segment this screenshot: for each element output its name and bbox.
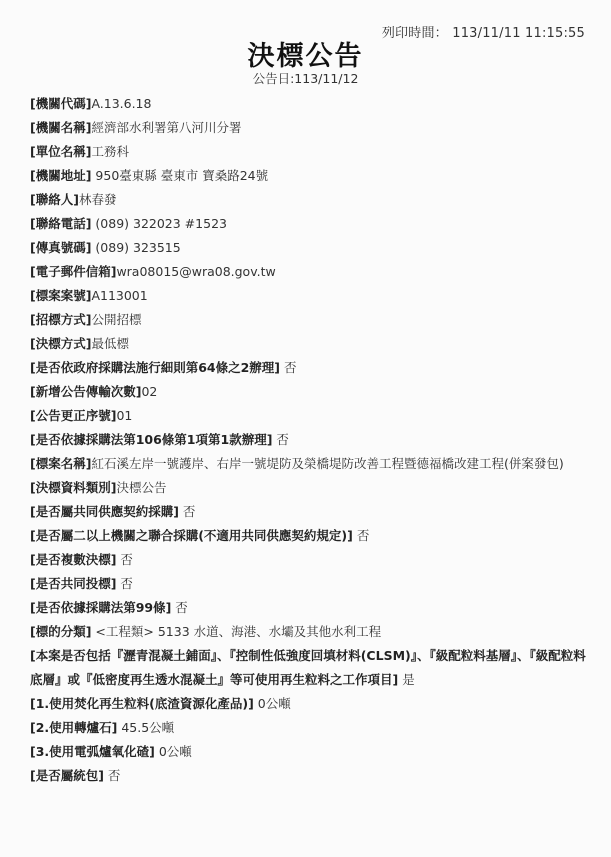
field-award-data-type: [決標資料類別]決標公告 — [30, 476, 590, 500]
field-email: [電子郵件信箱]wra08015@wra08.gov.tw — [30, 260, 590, 284]
field-fax: [傳真號碼] (089) 323515 — [30, 236, 590, 260]
publication-date: 公告日:113/11/12 — [0, 69, 611, 87]
field-case-number: [標案案號]A113001 — [30, 284, 590, 308]
field-article-99: [是否依據採購法第99條] 否 — [30, 596, 590, 620]
field-contact-phone: [聯絡電話] (089) 322023 #1523 — [30, 212, 590, 236]
field-agency-name: [機關名稱]經濟部水利署第八河川分署 — [30, 116, 590, 140]
field-agency-code: [機關代碼]A.13.6.18 — [30, 92, 590, 116]
field-joint-procurement: [是否屬二以上機關之聯合採購(不適用共同供應契約規定)] 否 — [30, 524, 590, 548]
field-recycled-aggregate-items: [本案是否包括『瀝青混凝土鋪面』、『控制性低強度回填材料(CLSM)』、『級配粒… — [30, 644, 590, 692]
field-subject-classification: [標的分類] <工程類> 5133 水道、海港、水壩及其他水利工程 — [30, 620, 590, 644]
field-converter-slag: [2.使用轉爐石] 45.5公噸 — [30, 716, 590, 740]
field-transmission-count: [新增公告傳輸次數]02 — [30, 380, 590, 404]
field-agency-address: [機關地址] 950臺東縣 臺東市 寶桑路24號 — [30, 164, 590, 188]
field-multiple-award: [是否複數決標] 否 — [30, 548, 590, 572]
field-article-106: [是否依據採購法第106條第1項第1款辦理] 否 — [30, 428, 590, 452]
field-incineration-aggregate: [1.使用焚化再生粒料(底渣資源化產品)] 0公噸 — [30, 692, 590, 716]
announcement-fields: [機關代碼]A.13.6.18 [機關名稱]經濟部水利署第八河川分署 [單位名稱… — [30, 92, 590, 788]
field-arc-furnace-slag: [3.使用電弧爐氧化碴] 0公噸 — [30, 740, 590, 764]
field-correction-number: [公告更正序號]01 — [30, 404, 590, 428]
page-title: 決標公告 — [0, 34, 611, 73]
field-contact-person: [聯絡人]林春發 — [30, 188, 590, 212]
field-award-method: [決標方式]最低標 — [30, 332, 590, 356]
field-turnkey: [是否屬統包] 否 — [30, 764, 590, 788]
field-article-64-2: [是否依政府採購法施行細則第64條之2辦理] 否 — [30, 356, 590, 380]
field-unit-name: [單位名稱]工務科 — [30, 140, 590, 164]
field-joint-supply-contract: [是否屬共同供應契約採購] 否 — [30, 500, 590, 524]
field-tender-method: [招標方式]公開招標 — [30, 308, 590, 332]
field-case-name: [標案名稱]紅石溪左岸一號護岸、右岸一號堤防及榮橋堤防改善工程暨德福橋改建工程(… — [30, 452, 590, 476]
field-joint-bid: [是否共同投標] 否 — [30, 572, 590, 596]
